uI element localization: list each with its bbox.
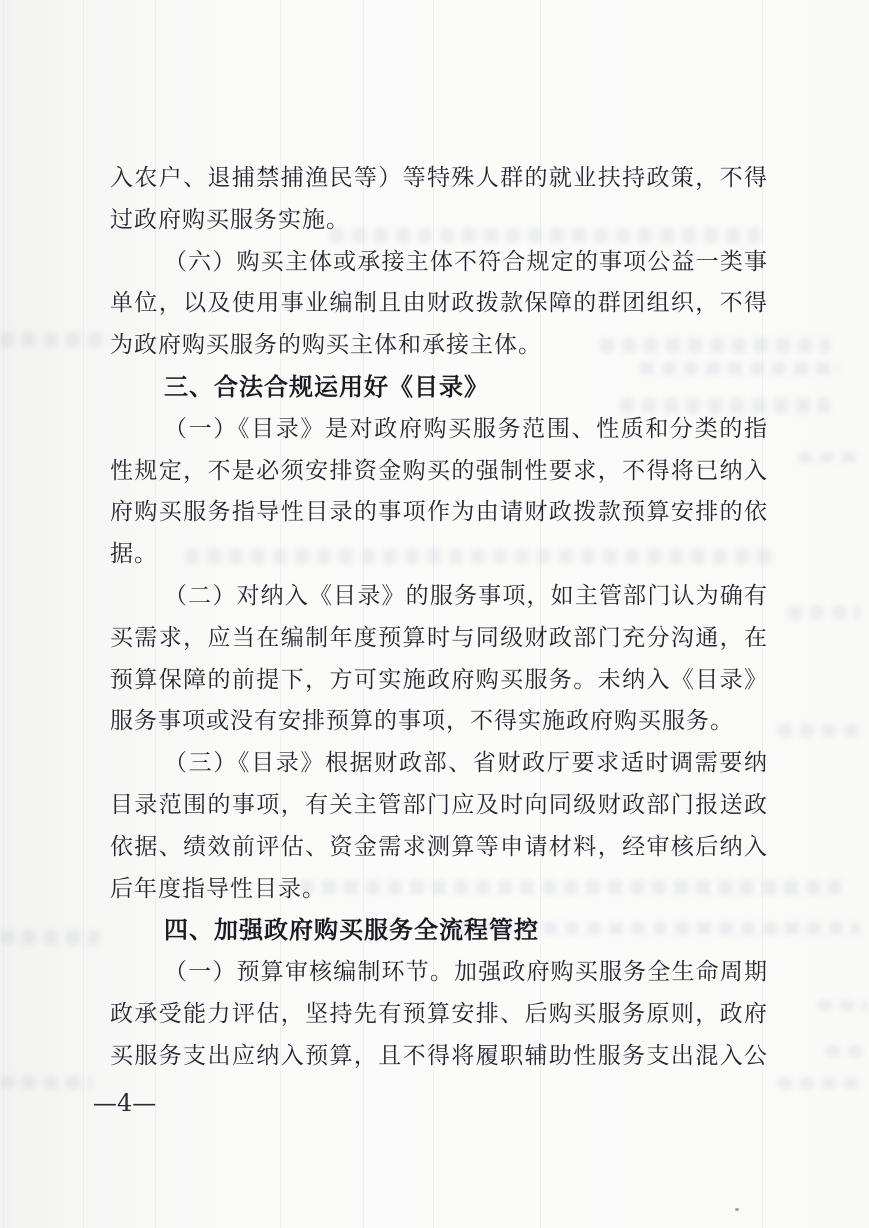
body-text-line: 服务事项或没有安排预算的事项，不得实施政府购买服务。	[110, 701, 768, 743]
bleed-through-smudge	[0, 332, 112, 347]
body-text-line: 单位，以及使用事业编制且由财政拨款保障的群团组织，不得作	[110, 283, 768, 325]
bleed-through-smudge	[778, 1078, 864, 1089]
bleed-through-smudge	[788, 606, 860, 619]
bleed-through-smudge	[0, 930, 100, 945]
page-number: —4—	[93, 1089, 156, 1117]
scan-streak-line	[83, 0, 84, 1228]
body-text-line: （六）购买主体或承接主体不符合规定的事项公益一类事业	[110, 242, 768, 284]
body-text-line: 买服务支出应纳入预算，且不得将履职辅助性服务支出混入公共	[110, 1036, 768, 1078]
body-text-line: （二）对纳入《目录》的服务事项，如主管部门认为确有购	[110, 576, 768, 618]
document-body: 入农户、退捕禁捕渔民等）等特殊人群的就业扶持政策，不得通过政府购买服务实施。（六…	[110, 158, 768, 1078]
body-text-line: 据。	[110, 534, 768, 576]
body-text-line: （一）预算审核编制环节。加强政府购买服务全生命周期财	[110, 952, 768, 994]
scanned-document-page: { "page": { "number_label": "—4—" }, "co…	[0, 0, 869, 1228]
body-text-line: 为政府购买服务的购买主体和承接主体。	[110, 325, 768, 367]
bleed-through-smudge	[0, 1076, 92, 1089]
body-text-line: 政承受能力评估，坚持先有预算安排、后购买服务原则，政府购	[110, 994, 768, 1036]
body-text-line: （三）《目录》根据财政部、省财政厅要求适时调需要纳入	[110, 743, 768, 785]
body-text-line: （一）《目录》是对政府购买服务范围、性质和分类的指导	[110, 409, 768, 451]
body-text-line: 入农户、退捕禁捕渔民等）等特殊人群的就业扶持政策，不得通	[110, 158, 768, 200]
body-text-line: 过政府购买服务实施。	[110, 200, 768, 242]
bleed-through-smudge	[798, 452, 860, 463]
section-heading-line: 四、加强政府购买服务全流程管控	[110, 910, 768, 952]
section-heading-line: 三、合法合规运用好《目录》	[110, 367, 768, 409]
body-text-line: 府购买服务指导性目录的事项作为由请财政拨款预算安排的依	[110, 492, 768, 534]
body-text-line: 后年度指导性目录。	[110, 869, 768, 911]
bleed-through-smudge	[778, 724, 866, 737]
bleed-through-smudge	[826, 1046, 869, 1057]
body-text-line: 目录范围的事项，有关主管部门应及时向同级财政部门报送政策	[110, 785, 768, 827]
body-text-line: 买需求，应当在编制年度预算时与同级财政部门充分沟通，在有	[110, 618, 768, 660]
body-text-line: 依据、绩效前评估、资金需求测算等申请材料，经审核后纳入今	[110, 827, 768, 869]
bleed-through-smudge	[818, 1000, 868, 1011]
body-text-line: 预算保障的前提下，方可实施政府购买服务。未纳入《目录》的	[110, 660, 768, 702]
scan-streak-line	[3, 0, 4, 1228]
body-text-line: 性规定，不是必须安排资金购买的强制性要求，不得将已纳入政	[110, 451, 768, 493]
ink-speck	[735, 1208, 739, 1211]
paper-background: 入农户、退捕禁捕渔民等）等特殊人群的就业扶持政策，不得通过政府购买服务实施。（六…	[0, 0, 869, 1228]
